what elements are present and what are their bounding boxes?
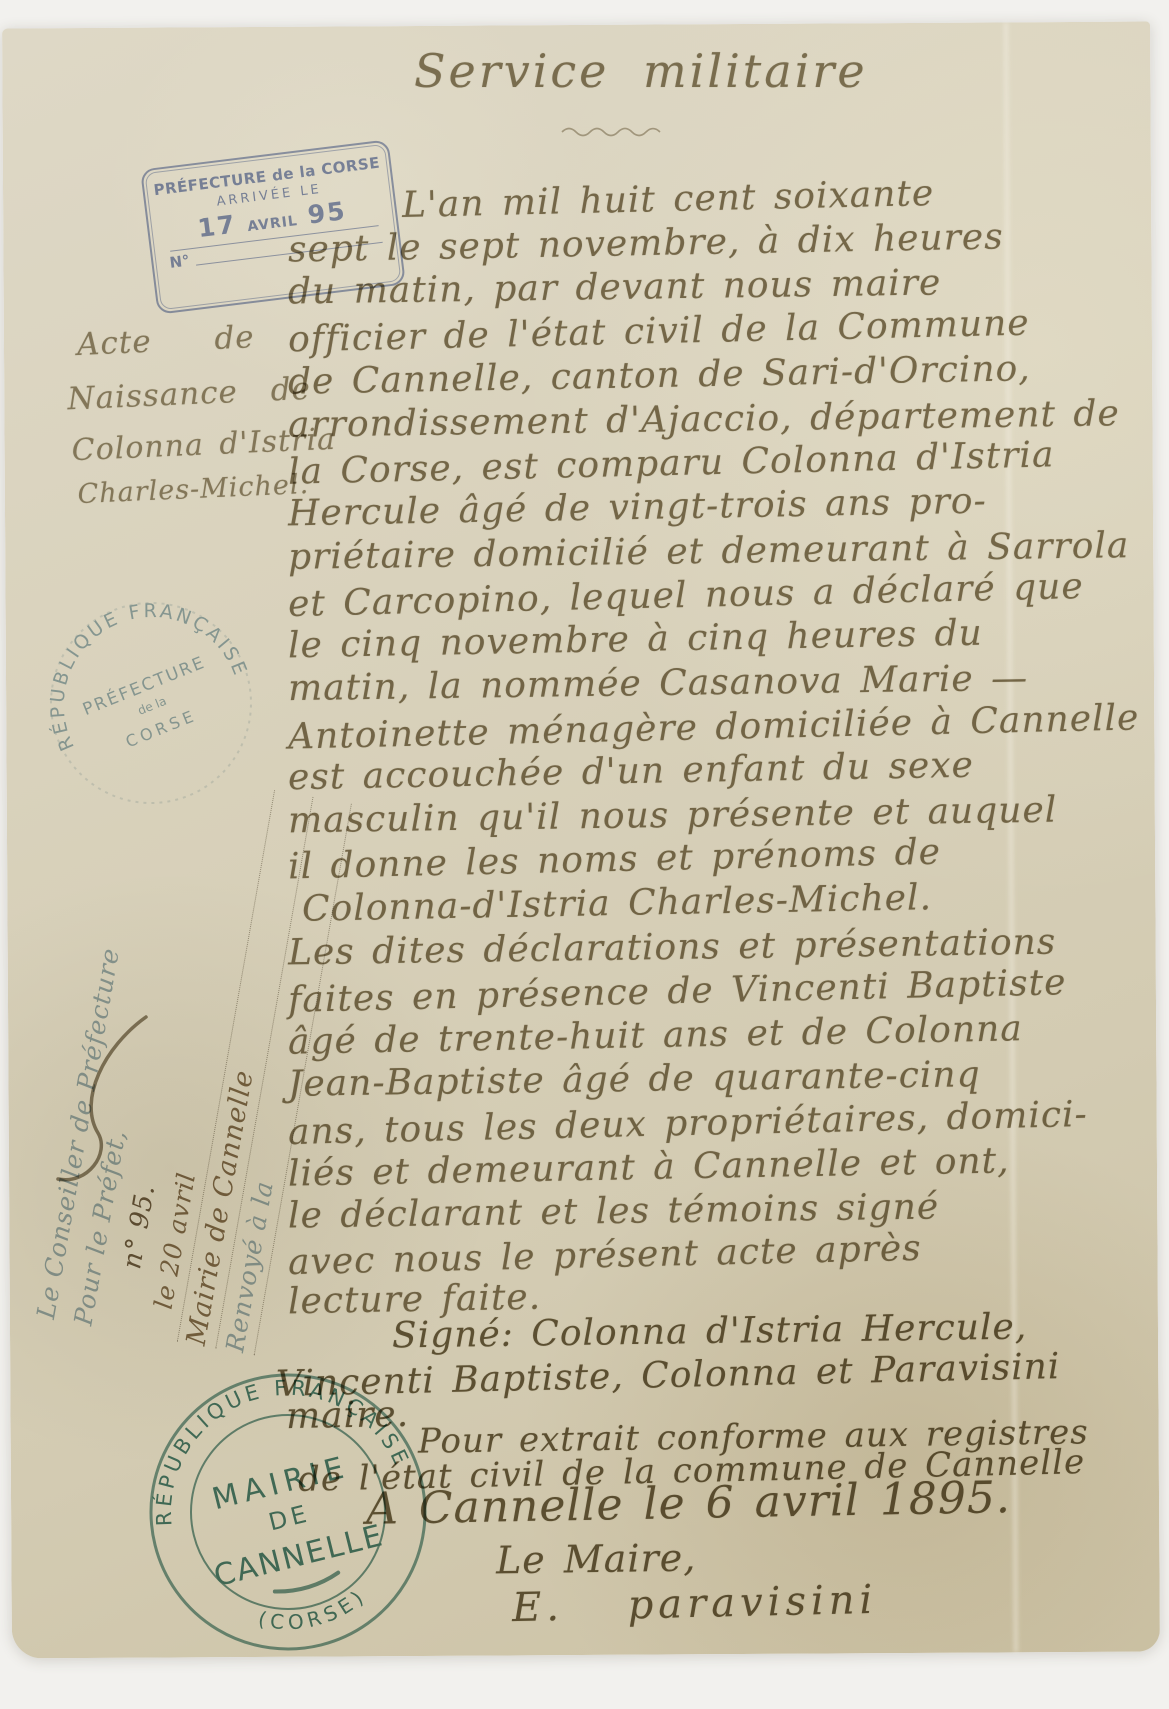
stamp-ring-bottom-text: (CORSE) [251,1580,375,1645]
title-underline-squiggle [560,124,670,138]
stamp-center-text: CORSE [123,706,200,752]
arrival-number-label: N° [169,251,191,271]
body-line: E. paravisini [512,1580,878,1628]
svg-text:(CORSE): (CORSE) [251,1580,375,1645]
body-line: Signé: Colonna d'Istria Hercule, [392,1310,1028,1355]
stamp-center-text: DE [266,1499,313,1536]
arrival-year: 95 [306,196,348,230]
arrival-day: 17 [196,210,238,244]
body-line: le déclarant et les témoins signé [288,1189,940,1234]
body-line: Jean-Baptiste âgé de quarante-cinq [288,1057,981,1103]
scanned-document-page: { "page": { "background": "#f2f1ee", "pa… [0,0,1169,1709]
body-line: du matin, par devant nous maire [288,265,942,310]
body-line: matin, la nommée Casanova Marie — [288,661,1029,707]
body-line: A Cannelle le 6 avril 1895. [366,1476,1012,1532]
body-line: Le Maire, [496,1539,697,1580]
ink-paraph-flourish [44,1005,164,1205]
page-title: Service militaire [414,44,868,98]
